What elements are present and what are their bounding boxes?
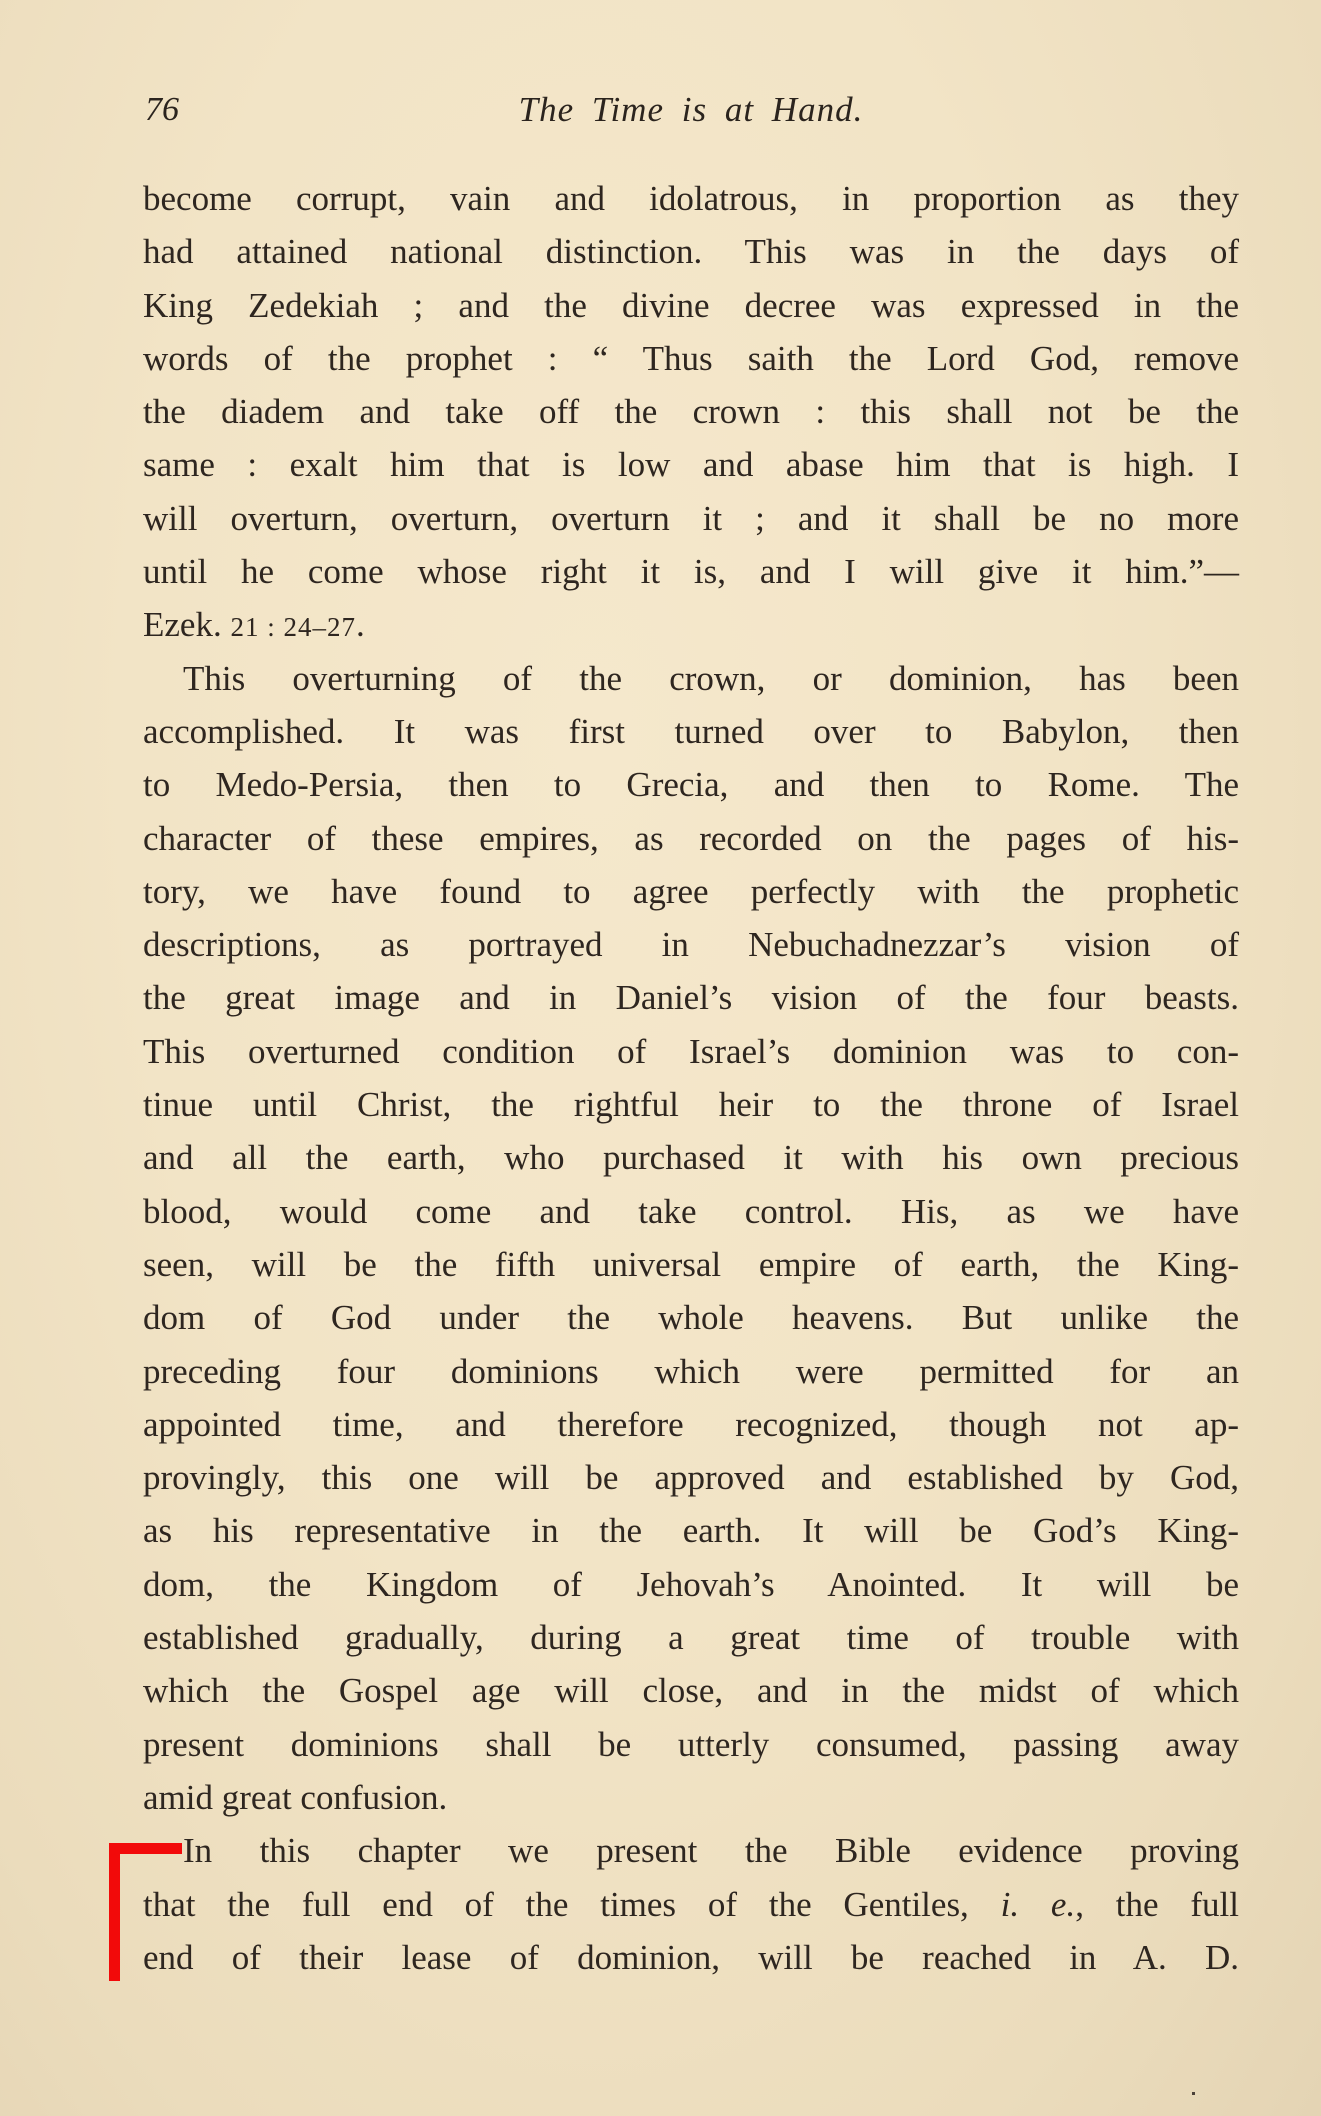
text-line: dom, the Kingdom of Jehovah’s Anointed. … xyxy=(143,1558,1239,1611)
text-line: to Medo-Persia, then to Grecia, and then… xyxy=(143,758,1239,811)
page-header: 76 The Time is at Hand. xyxy=(143,90,1239,130)
red-bracket-marker xyxy=(109,1843,182,1981)
text-line: tory, we have found to agree perfectly w… xyxy=(143,865,1239,918)
text-line: character of these empires, as recorded … xyxy=(143,812,1239,865)
body-text: become corrupt, vain and idolatrous, in … xyxy=(143,172,1239,1984)
text-line: provingly, this one will be approved and… xyxy=(143,1451,1239,1504)
text-line: until he come whose right it is, and I w… xyxy=(143,545,1239,598)
running-title: The Time is at Hand. xyxy=(143,90,1239,130)
text-line: had attained national distinction. This … xyxy=(143,225,1239,278)
text-line: This overturned condition of Israel’s do… xyxy=(143,1025,1239,1078)
text-line: as his representative in the earth. It w… xyxy=(143,1504,1239,1557)
text-line: accomplished. It was first turned over t… xyxy=(143,705,1239,758)
text-segment: that the full end of the times of the Ge… xyxy=(143,1885,1001,1924)
scripture-citation: 21 : 24–27 xyxy=(230,612,356,642)
scripture-reference-line: Ezek. 21 : 24–27. xyxy=(143,598,1239,651)
text-line: descriptions, as portrayed in Nebuchadne… xyxy=(143,918,1239,971)
text-line: This overturning of the crown, or domini… xyxy=(143,652,1239,705)
scripture-book: Ezek. xyxy=(143,605,230,644)
text-line: amid great confusion. xyxy=(143,1771,1239,1824)
paragraph-2: This overturning of the crown, or domini… xyxy=(143,652,1239,1825)
text-line: end of their lease of dominion, will be … xyxy=(143,1931,1239,1984)
text-line: preceding four dominions which were perm… xyxy=(143,1345,1239,1398)
text-line: In this chapter we present the Bible evi… xyxy=(143,1824,1239,1877)
text-line: the diadem and take off the crown : this… xyxy=(143,385,1239,438)
paragraph-1: become corrupt, vain and idolatrous, in … xyxy=(143,172,1239,652)
bracket-vertical-bar xyxy=(109,1843,120,1981)
text-line: same : exalt him that is low and abase h… xyxy=(143,438,1239,491)
text-line: words of the prophet : “ Thus saith the … xyxy=(143,332,1239,385)
text-line: that the full end of the times of the Ge… xyxy=(143,1878,1239,1931)
text-line: and all the earth, who purchased it with… xyxy=(143,1131,1239,1184)
bracket-horizontal-bar xyxy=(109,1843,182,1854)
text-line: appointed time, and therefore recognized… xyxy=(143,1398,1239,1451)
id-est-abbrev: i. e. xyxy=(1001,1885,1076,1924)
text-line: blood, would come and take control. His,… xyxy=(143,1185,1239,1238)
text-line: which the Gospel age will close, and in … xyxy=(143,1664,1239,1717)
scan-speck xyxy=(1192,2092,1195,2095)
text-line: the great image and in Daniel’s vision o… xyxy=(143,971,1239,1024)
text-line: seen, will be the fifth universal empire… xyxy=(143,1238,1239,1291)
citation-period: . xyxy=(356,605,365,644)
text-segment: , the full xyxy=(1075,1885,1239,1924)
text-line: King Zedekiah ; and the divine decree wa… xyxy=(143,279,1239,332)
text-line: dom of God under the whole heavens. But … xyxy=(143,1291,1239,1344)
text-line: will overturn, overturn, overturn it ; a… xyxy=(143,492,1239,545)
text-line: become corrupt, vain and idolatrous, in … xyxy=(143,172,1239,225)
paragraph-3: In this chapter we present the Bible evi… xyxy=(143,1824,1239,1984)
text-line: established gradually, during a great ti… xyxy=(143,1611,1239,1664)
text-line: tinue until Christ, the rightful heir to… xyxy=(143,1078,1239,1131)
text-line: present dominions shall be utterly consu… xyxy=(143,1718,1239,1771)
